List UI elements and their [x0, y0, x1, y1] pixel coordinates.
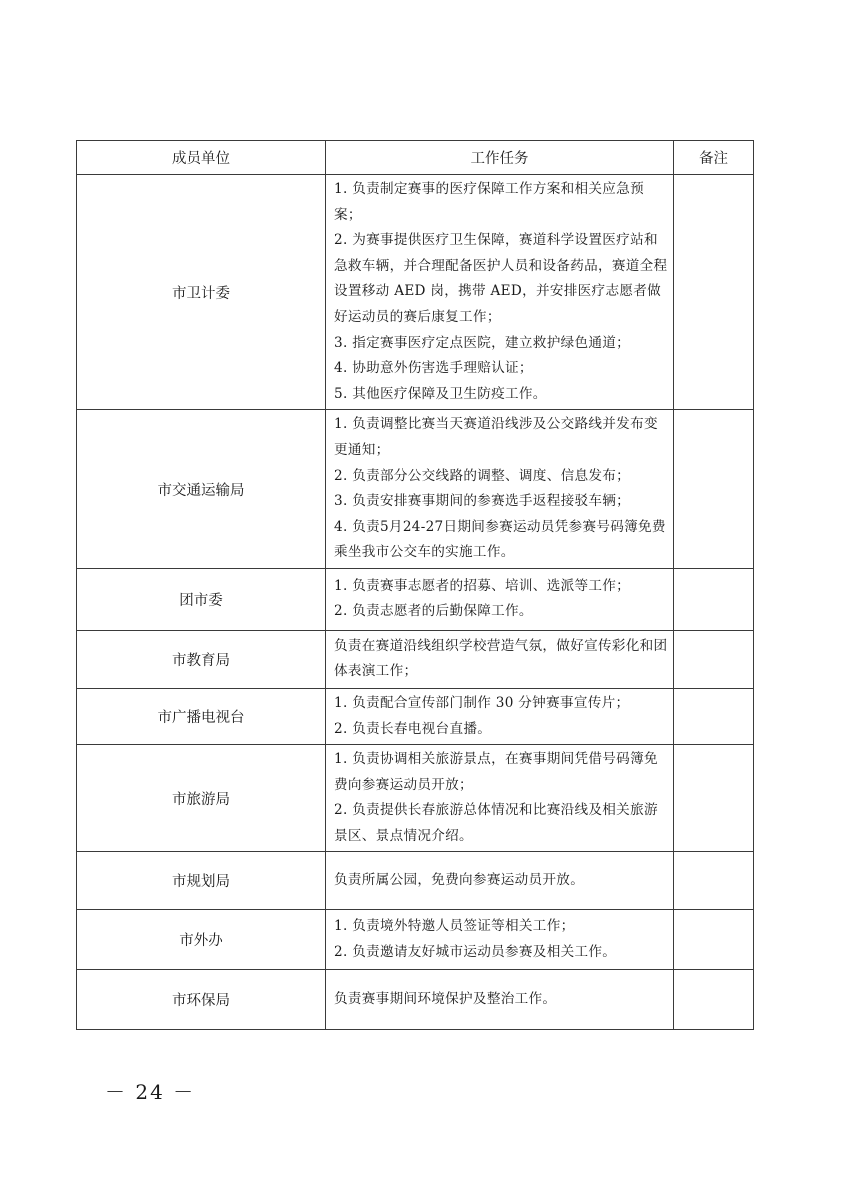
work-tasks-cell: 1. 负责赛事志愿者的招募、培训、选派等工作；2. 负责志愿者的后勤保障工作。: [326, 568, 674, 630]
remarks-cell: [674, 410, 754, 569]
remarks-cell: [674, 852, 754, 910]
work-tasks-cell: 1. 负责制定赛事的医疗保障工作方案和相关应急预案；2. 为赛事提供医疗卫生保障…: [326, 175, 674, 410]
work-tasks-cell: 1. 负责境外特邀人员签证等相关工作；2. 负责邀请友好城市运动员参赛及相关工作…: [326, 910, 674, 970]
task-item: 1. 负责调整比赛当天赛道沿线涉及公交路线并发布变更通知；: [334, 412, 669, 463]
task-assignment-table: 成员单位 工作任务 备注 市卫计委1. 负责制定赛事的医疗保障工作方案和相关应急…: [76, 140, 754, 1030]
work-tasks-cell: 负责赛事期间环境保护及整治工作。: [326, 970, 674, 1030]
header-member-unit: 成员单位: [77, 141, 326, 175]
table-row: 市交通运输局1. 负责调整比赛当天赛道沿线涉及公交路线并发布变更通知；2. 负责…: [77, 410, 754, 569]
member-unit-cell: 市环保局: [77, 970, 326, 1030]
task-item: 2. 为赛事提供医疗卫生保障，赛道科学设置医疗站和急救车辆，并合理配备医护人员和…: [334, 228, 669, 330]
table-row: 市外办1. 负责境外特邀人员签证等相关工作；2. 负责邀请友好城市运动员参赛及相…: [77, 910, 754, 970]
task-item: 1. 负责配合宣传部门制作 30 分钟赛事宣传片；: [334, 691, 669, 717]
task-item: 3. 负责安排赛事期间的参赛选手返程接驳车辆；: [334, 489, 669, 515]
task-item: 2. 负责提供长春旅游总体情况和比赛沿线及相关旅游景区、景点情况介绍。: [334, 798, 669, 849]
task-item: 2. 负责邀请友好城市运动员参赛及相关工作。: [334, 940, 669, 966]
work-tasks-cell: 负责所属公园，免费向参赛运动员开放。: [326, 852, 674, 910]
header-work-tasks: 工作任务: [326, 141, 674, 175]
task-item: 5. 其他医疗保障及卫生防疫工作。: [334, 382, 669, 408]
member-unit-cell: 市规划局: [77, 852, 326, 910]
member-unit-cell: 市交通运输局: [77, 410, 326, 569]
task-item: 3. 指定赛事医疗定点医院，建立救护绿色通道；: [334, 331, 669, 357]
remarks-cell: [674, 745, 754, 852]
task-item: 负责在赛道沿线组织学校营造气氛，做好宣传彩化和团体表演工作；: [334, 634, 669, 685]
member-unit-cell: 市教育局: [77, 630, 326, 688]
remarks-cell: [674, 910, 754, 970]
task-item: 2. 负责部分公交线路的调整、调度、信息发布；: [334, 464, 669, 490]
member-unit-cell: 市广播电视台: [77, 688, 326, 744]
table-row: 市旅游局1. 负责协调相关旅游景点，在赛事期间凭借号码簿免费向参赛运动员开放；2…: [77, 745, 754, 852]
table-row: 团市委1. 负责赛事志愿者的招募、培训、选派等工作；2. 负责志愿者的后勤保障工…: [77, 568, 754, 630]
table-header-row: 成员单位 工作任务 备注: [77, 141, 754, 175]
member-unit-cell: 市外办: [77, 910, 326, 970]
member-unit-cell: 市旅游局: [77, 745, 326, 852]
work-tasks-cell: 1. 负责协调相关旅游景点，在赛事期间凭借号码簿免费向参赛运动员开放；2. 负责…: [326, 745, 674, 852]
task-item: 1. 负责制定赛事的医疗保障工作方案和相关应急预案；: [334, 177, 669, 228]
task-item: 4. 协助意外伤害选手理赔认证；: [334, 356, 669, 382]
remarks-cell: [674, 568, 754, 630]
task-item: 4. 负责5月24-27日期间参赛运动员凭参赛号码簿免费乘坐我市公交车的实施工作…: [334, 515, 669, 566]
member-unit-cell: 团市委: [77, 568, 326, 630]
task-item: 2. 负责志愿者的后勤保障工作。: [334, 599, 669, 625]
work-tasks-cell: 负责在赛道沿线组织学校营造气氛，做好宣传彩化和团体表演工作；: [326, 630, 674, 688]
table-row: 市规划局负责所属公园，免费向参赛运动员开放。: [77, 852, 754, 910]
table-row: 市卫计委1. 负责制定赛事的医疗保障工作方案和相关应急预案；2. 为赛事提供医疗…: [77, 175, 754, 410]
page-number: － 24 －: [105, 1076, 195, 1105]
task-item: 2. 负责长春电视台直播。: [334, 717, 669, 743]
table-row: 市教育局负责在赛道沿线组织学校营造气氛，做好宣传彩化和团体表演工作；: [77, 630, 754, 688]
header-remarks: 备注: [674, 141, 754, 175]
remarks-cell: [674, 175, 754, 410]
task-item: 1. 负责境外特邀人员签证等相关工作；: [334, 914, 669, 940]
remarks-cell: [674, 688, 754, 744]
task-item: 负责赛事期间环境保护及整治工作。: [334, 987, 669, 1013]
remarks-cell: [674, 630, 754, 688]
remarks-cell: [674, 970, 754, 1030]
task-item: 1. 负责协调相关旅游景点，在赛事期间凭借号码簿免费向参赛运动员开放；: [334, 747, 669, 798]
task-item: 负责所属公园，免费向参赛运动员开放。: [334, 868, 669, 894]
work-tasks-cell: 1. 负责配合宣传部门制作 30 分钟赛事宣传片；2. 负责长春电视台直播。: [326, 688, 674, 744]
work-tasks-cell: 1. 负责调整比赛当天赛道沿线涉及公交路线并发布变更通知；2. 负责部分公交线路…: [326, 410, 674, 569]
table-row: 市广播电视台1. 负责配合宣传部门制作 30 分钟赛事宣传片；2. 负责长春电视…: [77, 688, 754, 744]
task-item: 1. 负责赛事志愿者的招募、培训、选派等工作；: [334, 574, 669, 600]
member-unit-cell: 市卫计委: [77, 175, 326, 410]
table-row: 市环保局负责赛事期间环境保护及整治工作。: [77, 970, 754, 1030]
